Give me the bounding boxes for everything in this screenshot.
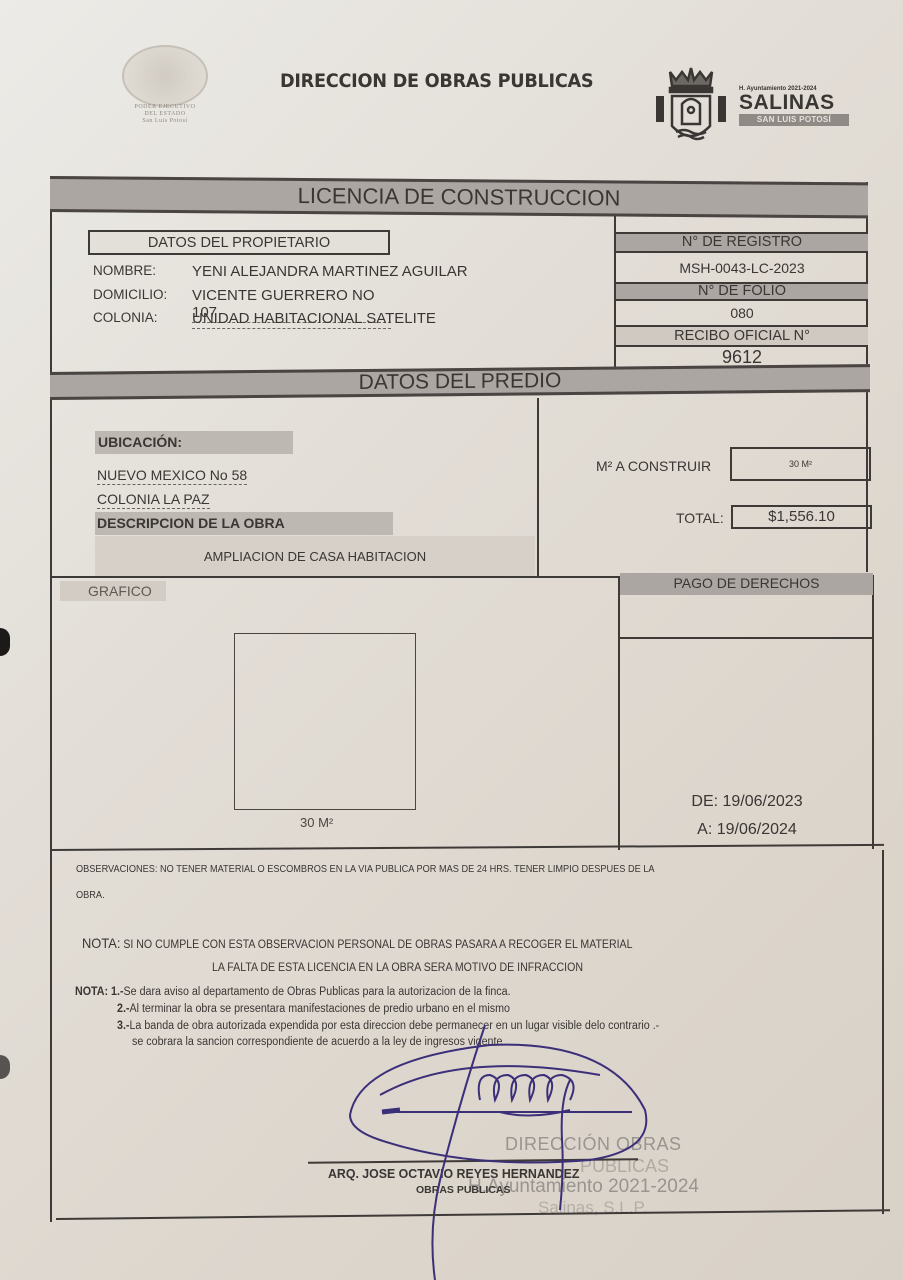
observaciones-line1: OBSERVACIONES: NO TENER MATERIAL O ESCOM…	[76, 864, 655, 875]
handwritten-signature	[340, 1020, 670, 1280]
colonia-value: UNIDAD HABITACIONAL SATELITE	[192, 310, 391, 329]
divider	[537, 398, 539, 576]
document-title: LICENCIA DE CONSTRUCCION	[298, 183, 621, 211]
form-frame	[50, 176, 52, 1222]
binder-hole	[0, 628, 10, 656]
divider	[620, 637, 873, 639]
seal-caption: PODER EJECUTIVO DEL ESTADO San Luis Poto…	[118, 104, 212, 125]
license-title-band: LICENCIA DE CONSTRUCCION	[50, 176, 868, 218]
binder-hole	[0, 1055, 10, 1079]
nombre-label: NOMBRE:	[93, 263, 156, 278]
divider	[52, 844, 884, 851]
state-label: SAN LUIS POTOSÍ	[739, 114, 849, 126]
folio-value: 080	[616, 305, 868, 321]
registro-value: MSH-0043-LC-2023	[616, 260, 868, 276]
nombre-value: YENI ALEJANDRA MARTINEZ AGUILAR	[192, 263, 468, 280]
observaciones-line2: OBRA.	[76, 890, 105, 901]
mexico-coat-of-arms-seal	[122, 45, 208, 107]
total-value: $1,556.10	[731, 505, 872, 529]
ubicacion-line1: NUEVO MEXICO No 58	[97, 467, 247, 483]
predio-section-title: DATOS DEL PREDIO	[359, 369, 562, 394]
municipality-name: SALINAS	[739, 91, 835, 115]
folio-label: N° DE FOLIO	[616, 282, 868, 301]
colonia-label: COLONIA:	[93, 310, 158, 325]
salinas-crest-logo	[652, 66, 730, 148]
nota-material: NOTA: SI NO CUMPLE CON ESTA OBSERVACION …	[82, 935, 633, 951]
infraccion-notice: LA FALTA DE ESTA LICENCIA EN LA OBRA SER…	[212, 962, 583, 974]
descripcion-label: DESCRIPCION DE LA OBRA	[95, 512, 393, 535]
nota-item-2: 2.-Al terminar la obra se presentara man…	[117, 1003, 510, 1015]
department-title: DIRECCION DE OBRAS PUBLICAS	[280, 70, 593, 92]
grafico-caption: 30 M²	[300, 815, 333, 830]
m2-label: M² A CONSTRUIR	[596, 458, 711, 474]
ubicacion-label: UBICACIÓN:	[95, 431, 293, 454]
nota-item-1: NOTA: 1.-Se dara aviso al departamento d…	[75, 986, 511, 998]
grafico-drawing-box	[234, 633, 416, 810]
descripcion-value: AMPLIACION DE CASA HABITACION	[95, 536, 535, 576]
grafico-label: GRAFICO	[60, 581, 166, 601]
predio-title-band: DATOS DEL PREDIO	[50, 364, 870, 400]
vigencia-desde: DE: 19/06/2023	[620, 793, 874, 811]
propietario-section-label: DATOS DEL PROPIETARIO	[88, 230, 390, 255]
pago-derechos-label: PAGO DE DERECHOS	[620, 573, 873, 595]
m2-value: 30 M²	[730, 447, 871, 481]
vigencia-hasta: A: 19/06/2024	[620, 821, 874, 839]
form-frame-right-bottom	[882, 850, 884, 1214]
total-label: TOTAL:	[676, 510, 724, 526]
domicilio-label: DOMICILIO:	[93, 287, 167, 302]
ubicacion-line2: COLONIA LA PAZ	[97, 491, 210, 507]
recibo-label: RECIBO OFICIAL N°	[616, 325, 868, 347]
registro-label: N° DE REGISTRO	[616, 232, 868, 253]
